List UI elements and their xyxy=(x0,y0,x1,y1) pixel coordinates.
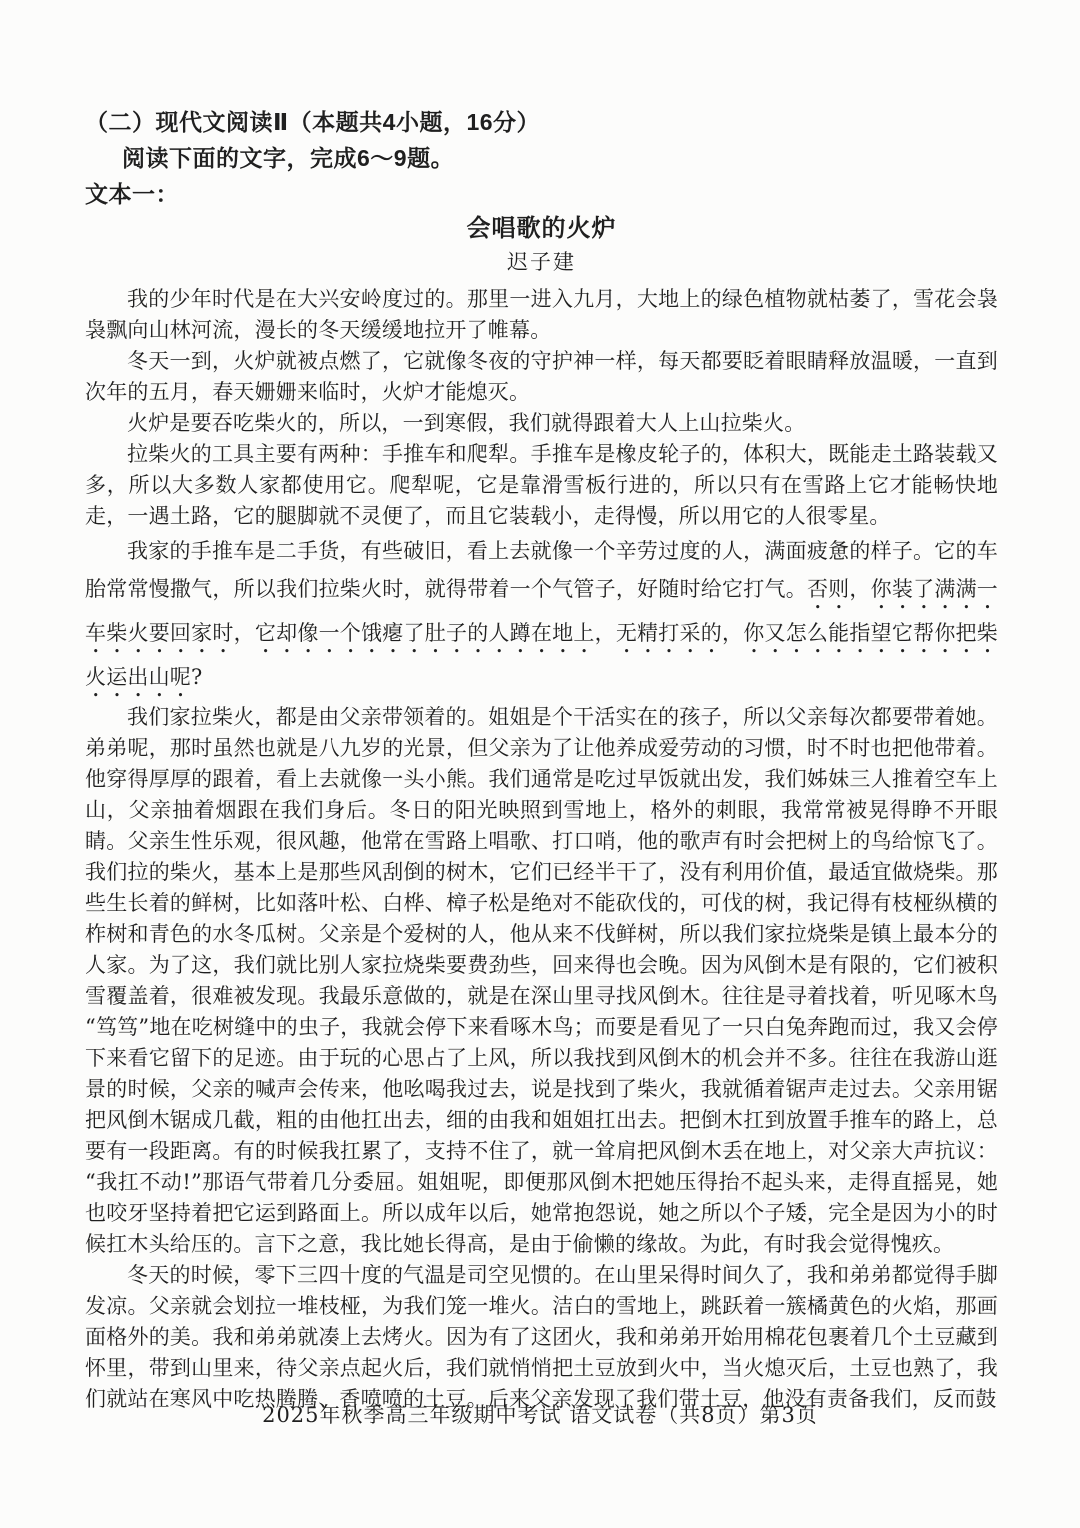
paragraph-text: 冬天一到，火炉就被点燃了，它就像冬夜的守护神一样，每天都要眨着眼睛释放温暖，一直… xyxy=(85,349,998,404)
body-paragraph: 我们家拉柴火，都是由父亲带领着的。姐姐是个干活实在的孩子，所以父亲每次都要带着她… xyxy=(85,702,998,1260)
text-one-label: 文本一： xyxy=(85,176,998,212)
section-header: （二）现代文阅读Ⅱ（本题共4小题，16分） xyxy=(85,104,998,140)
reading-instruction: 阅读下面的文字，完成6～9题。 xyxy=(85,140,998,176)
paragraph-text: 我的少年时代是在大兴安岭度过的。那里一进入九月，大地上的绿色植物就枯萎了，雪花会… xyxy=(85,287,998,342)
body-paragraph: 拉柴火的工具主要有两种：手推车和爬犁。手推车是橡皮轮子的，体积大，既能走土路装载… xyxy=(85,439,998,532)
paragraph-text: 冬天的时候，零下三四十度的气温是司空见惯的。在山里呆得时间久了，我和弟弟都觉得手… xyxy=(85,1263,998,1411)
exam-page: （二）现代文阅读Ⅱ（本题共4小题，16分） 阅读下面的文字，完成6～9题。 文本… xyxy=(0,0,1080,1528)
passage-author: 迟子建 xyxy=(85,246,998,278)
body-paragraph: 冬天一到，火炉就被点燃了，它就像冬夜的守护神一样，每天都要眨着眼睛释放温暖，一直… xyxy=(85,346,998,408)
paragraph-text: 火炉是要吞吃柴火的，所以，一到寒假，我们就得跟着大人上山拉柴火。 xyxy=(127,411,805,435)
body-paragraph: 冬天的时候，零下三四十度的气温是司空见惯的。在山里呆得时间久了，我和弟弟都觉得手… xyxy=(85,1260,998,1415)
page-footer: 2025年秋季高三年级期中考试 语文试卷（共8页）第3页 xyxy=(0,1400,1080,1430)
body-paragraph: 我家的手推车是二手货，有些破旧，看上去就像一个辛劳过度的人，满面疲惫的样子。它的… xyxy=(85,532,998,702)
body-paragraph: 我的少年时代是在大兴安岭度过的。那里一进入九月，大地上的绿色植物就枯萎了，雪花会… xyxy=(85,284,998,346)
paragraph-text: 我们家拉柴火，都是由父亲带领着的。姐姐是个干活实在的孩子，所以父亲每次都要带着她… xyxy=(85,705,998,1256)
passage-title: 会唱歌的火炉 xyxy=(85,212,998,246)
passage-body: 我的少年时代是在大兴安岭度过的。那里一进入九月，大地上的绿色植物就枯萎了，雪花会… xyxy=(85,284,998,1415)
body-paragraph: 火炉是要吞吃柴火的，所以，一到寒假，我们就得跟着大人上山拉柴火。 xyxy=(85,408,998,439)
paragraph-text: 拉柴火的工具主要有两种：手推车和爬犁。手推车是橡皮轮子的，体积大，既能走土路装载… xyxy=(85,442,998,528)
